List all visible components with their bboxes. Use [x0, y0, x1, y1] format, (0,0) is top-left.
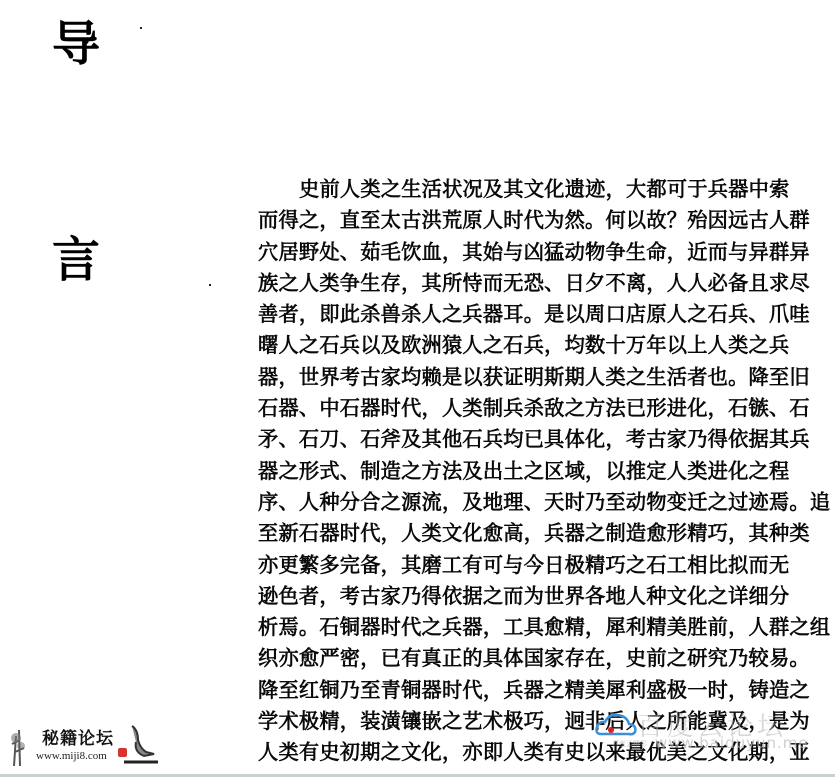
ink-tree-icon: [6, 726, 34, 766]
text-line: 石器、中石器时代，人类制兵杀敌之方法已形进化，石镞、石: [258, 393, 835, 424]
heading-char-2: 言: [52, 236, 100, 284]
text-line: 降至红铜乃至青铜器时代，兵器之精美犀利盛极一时，铸造之: [258, 675, 835, 706]
text-line: 族之人类争生存，其所恃而无恐、日夕不离，人人必备且求尽: [258, 268, 835, 299]
body-paragraph: 史前人类之生活状况及其文化遗迹，大都可于兵器中索 而得之，直至太古洪荒原人时代为…: [258, 174, 835, 769]
text-line: 序、人种分合之源流，及地理、天时乃至动物变迁之过迹焉。追: [258, 487, 835, 518]
crane-icon: [124, 722, 158, 766]
text-line: 至新石器时代，人类文化愈高，兵器之制造愈形精巧，其种类: [258, 518, 835, 549]
text-line: 史前人类之生活状况及其文化遗迹，大都可于兵器中索: [258, 174, 835, 205]
text-line: 析焉。石铜器时代之兵器，工具愈精，犀利精美胜前，人群之组: [258, 612, 835, 643]
text-line: 矛、石刀、石斧及其他石兵均已具体化，考古家乃得依据其兵: [258, 424, 835, 455]
heading-char-1: 导: [52, 20, 100, 68]
text-line: 而得之，直至太古洪荒原人时代为然。何以故？殆因远古人群: [258, 205, 835, 236]
text-line: 人类有史初期之文化，亦即人类有史以来最优美之文化期，亚: [258, 737, 835, 768]
miji8-watermark-logo: 秘籍论坛 www.miji8.com: [6, 720, 156, 770]
text-line: 曙人之石兵以及欧洲猿人之石兵，均数十万年以上人类之兵: [258, 330, 835, 361]
text-line: 器，世界考古家均赖是以获证明斯期人类之生活者也。降至旧: [258, 362, 835, 393]
text-line: 织亦愈严密，已有真正的具体国家存在，史前之研究乃较易。: [258, 643, 835, 674]
text-line: 亦更繁多完备，其磨工有可与今日极精巧之石工相比拟而无: [258, 550, 835, 581]
text-line: 逊色者，考古家乃得依据之而为世界各地人种文化之详细分: [258, 581, 835, 612]
logo-url: www.miji8.com: [36, 750, 107, 762]
text-line: 学术极精，装潢镶嵌之艺术极巧，迥非后人之所能冀及，是为: [258, 706, 835, 737]
scan-speck: [140, 27, 142, 29]
logo-title: 秘籍论坛: [42, 724, 114, 749]
text-line: 穴居野处、茹毛饮血，其始与凶猛动物争生命，近而与异群异: [258, 237, 835, 268]
text-line: 善者，即此杀兽杀人之兵器耳。是以周口店原人之石兵、爪哇: [258, 299, 835, 330]
scan-speck: [209, 284, 211, 286]
text-line: 器之形式、制造之方法及出土之区域，以推定人类进化之程: [258, 456, 835, 487]
